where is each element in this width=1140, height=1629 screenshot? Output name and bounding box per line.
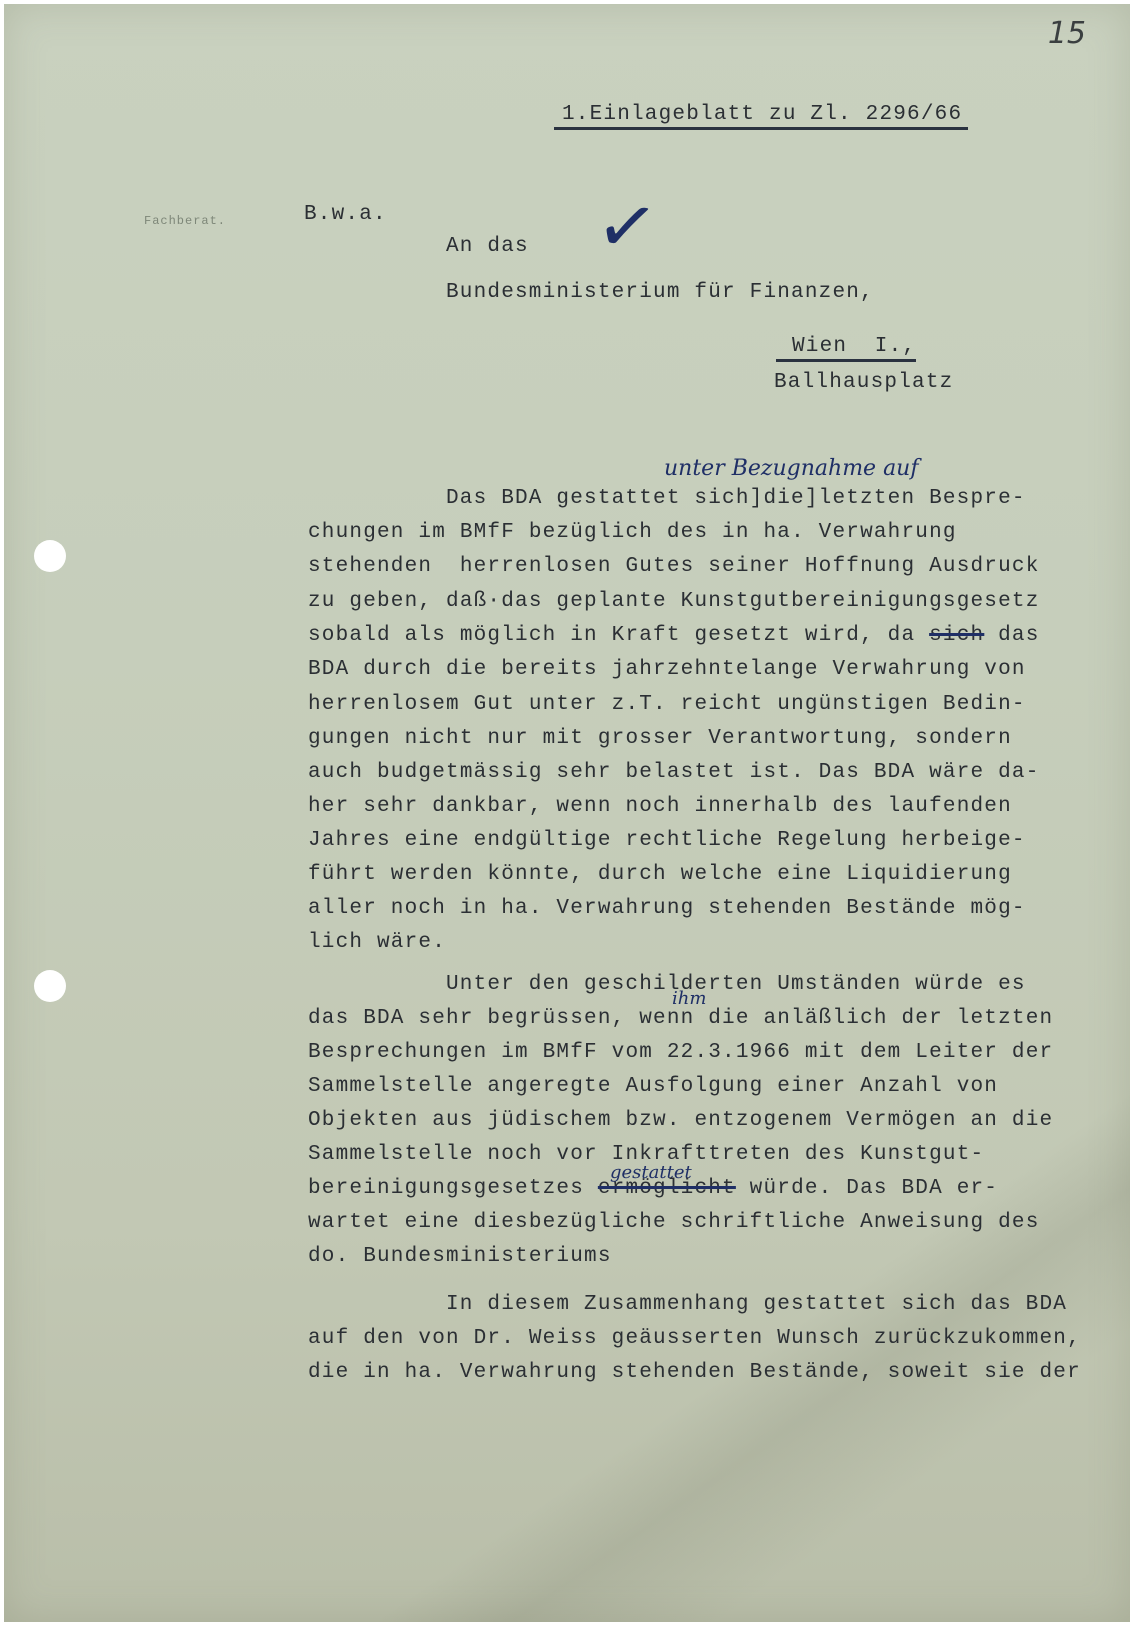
- paragraph-1-line-2: chungen im BMfF bezüglich des in ha. Ver…: [308, 522, 957, 543]
- paragraph-2-line-1: Unter den geschilderten Umständen würde …: [446, 974, 1026, 995]
- paragraph-1-line-10: her sehr dankbar, wenn noch innerhalb de…: [308, 796, 1012, 817]
- paragraph-1-line-9: auch budgetmässig sehr belastet ist. Das…: [308, 762, 1040, 783]
- handwritten-insert-ihm: ihm: [672, 988, 706, 1009]
- reference-header: 1.Einlageblatt zu Zl. 2296/66: [554, 104, 968, 130]
- paragraph-2-line-2: das BDA sehr begrüssen, wenn die anläßli…: [308, 1008, 1053, 1029]
- paragraph-1-line-4: zu geben, daß·das geplante Kunstgutberei…: [308, 591, 1040, 612]
- paragraph-1-line-11: Jahres eine endgültige rechtliche Regelu…: [308, 830, 1026, 851]
- paragraph-1-line-12: führt werden könnte, durch welche eine L…: [308, 864, 1012, 885]
- paragraph-2-line-3: Besprechungen im BMfF vom 22.3.1966 mit …: [308, 1042, 1053, 1063]
- paragraph-1-line-1: Das BDA gestattet sich]die]letzten Bespr…: [446, 488, 1026, 509]
- punch-hole-bottom: [34, 970, 66, 1002]
- address-prefix: An das: [446, 236, 529, 257]
- checkmark-icon: ✓: [590, 180, 663, 274]
- paragraph-3-line-2: auf den von Dr. Weiss geäusserten Wunsch…: [308, 1328, 1081, 1349]
- paragraph-1-line-8: gungen nicht nur mit grosser Verantwortu…: [308, 728, 1012, 749]
- document-page: 15 1.Einlageblatt zu Zl. 2296/66 Fachber…: [4, 4, 1130, 1622]
- handwritten-insert: unter Bezugnahme auf: [664, 456, 919, 481]
- struck-word: sich: [929, 624, 984, 647]
- paragraph-2-line-5: Objekten aus jüdischem bzw. entzogenem V…: [308, 1110, 1053, 1131]
- address-city: Wien I.,: [776, 336, 916, 362]
- paragraph-2-line-4: Sammelstelle angeregte Ausfolgung einer …: [308, 1076, 998, 1097]
- paragraph-1-line-6: BDA durch die bereits jahrzehntelange Ve…: [308, 659, 1026, 680]
- struck-word: ermöglicht: [598, 1177, 736, 1200]
- address-street: Ballhausplatz: [774, 372, 953, 393]
- handwritten-page-number: 15: [1048, 16, 1086, 51]
- sender-code: B.w.a.: [304, 204, 387, 225]
- paragraph-2-line-7: bereinigungsgesetzes ermöglicht würde. D…: [308, 1178, 998, 1199]
- paragraph-3-line-1: In diesem Zusammenhang gestattet sich da…: [446, 1294, 1067, 1315]
- paragraph-1-line-14: lich wäre.: [308, 932, 446, 953]
- address-recipient: Bundesministerium für Finanzen,: [446, 282, 874, 303]
- paragraph-1-line-13: aller noch in ha. Verwahrung stehenden B…: [308, 898, 1026, 919]
- paragraph-1-line-5: sobald als möglich in Kraft gesetzt wird…: [308, 625, 1040, 646]
- paragraph-1-line-3: stehenden herrenlosen Gutes seiner Hoffn…: [308, 556, 1040, 577]
- paragraph-3-line-3: die in ha. Verwahrung stehenden Bestände…: [308, 1362, 1081, 1383]
- faint-stamp-text: Fachberat.: [144, 214, 226, 228]
- paragraph-2-line-9: do. Bundesministeriums: [308, 1246, 612, 1267]
- paragraph-1-line-7: herrenlosem Gut unter z.T. reicht ungüns…: [308, 694, 1026, 715]
- paragraph-2-line-8: wartet eine diesbezügliche schriftliche …: [308, 1212, 1040, 1233]
- punch-hole-top: [34, 540, 66, 572]
